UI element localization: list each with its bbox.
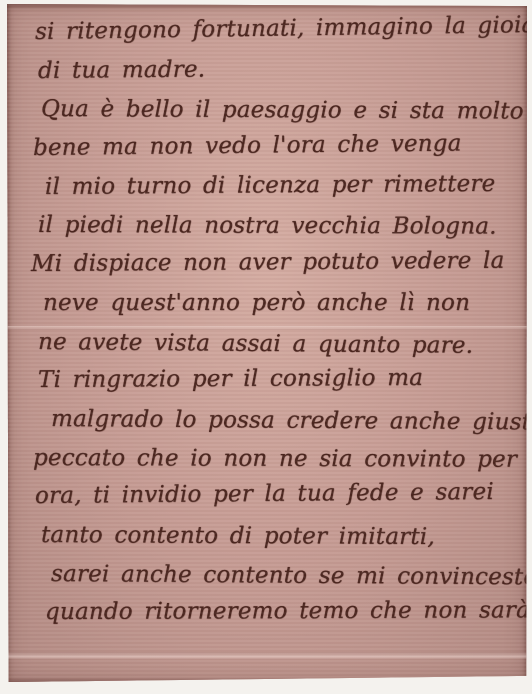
letter-line: il piedi nella nostra vecchia Bologna. — [38, 206, 519, 246]
fold-crease — [7, 652, 527, 659]
letter-line: si ritengono fortunati, immagino la gioi… — [35, 6, 519, 51]
letter-line: bene ma non vedo l'ora che venga — [33, 124, 519, 168]
letter-line: sarei anche contento se mi convinceste, — [51, 555, 519, 597]
letter-text: si ritengono fortunati, immagino la gioi… — [20, 13, 519, 632]
letter-line: malgrado lo possa credere anche giusto, — [51, 400, 519, 442]
letter-line: tanto contento di poter imitarti, — [41, 516, 519, 557]
letter-line: di tua madre. — [38, 47, 519, 90]
letter-line: quando ritorneremo temo che non sarà — [45, 592, 519, 632]
letter-line: il mio turno di licenza per rimettere — [45, 164, 519, 206]
letter-line: neve quest'anno però anche lì non — [43, 284, 519, 323]
scan-background: si ritengono fortunati, immagino la gioi… — [0, 0, 532, 694]
letter-line: ora, ti invidio per la tua fede e sarei — [35, 473, 519, 516]
letter-paper: si ritengono fortunati, immagino la gioi… — [7, 4, 527, 682]
letter-line: Mi dispiace non aver potuto vedere la — [31, 242, 519, 284]
letter-line: Ti ringrazio per il consiglio ma — [38, 359, 519, 400]
